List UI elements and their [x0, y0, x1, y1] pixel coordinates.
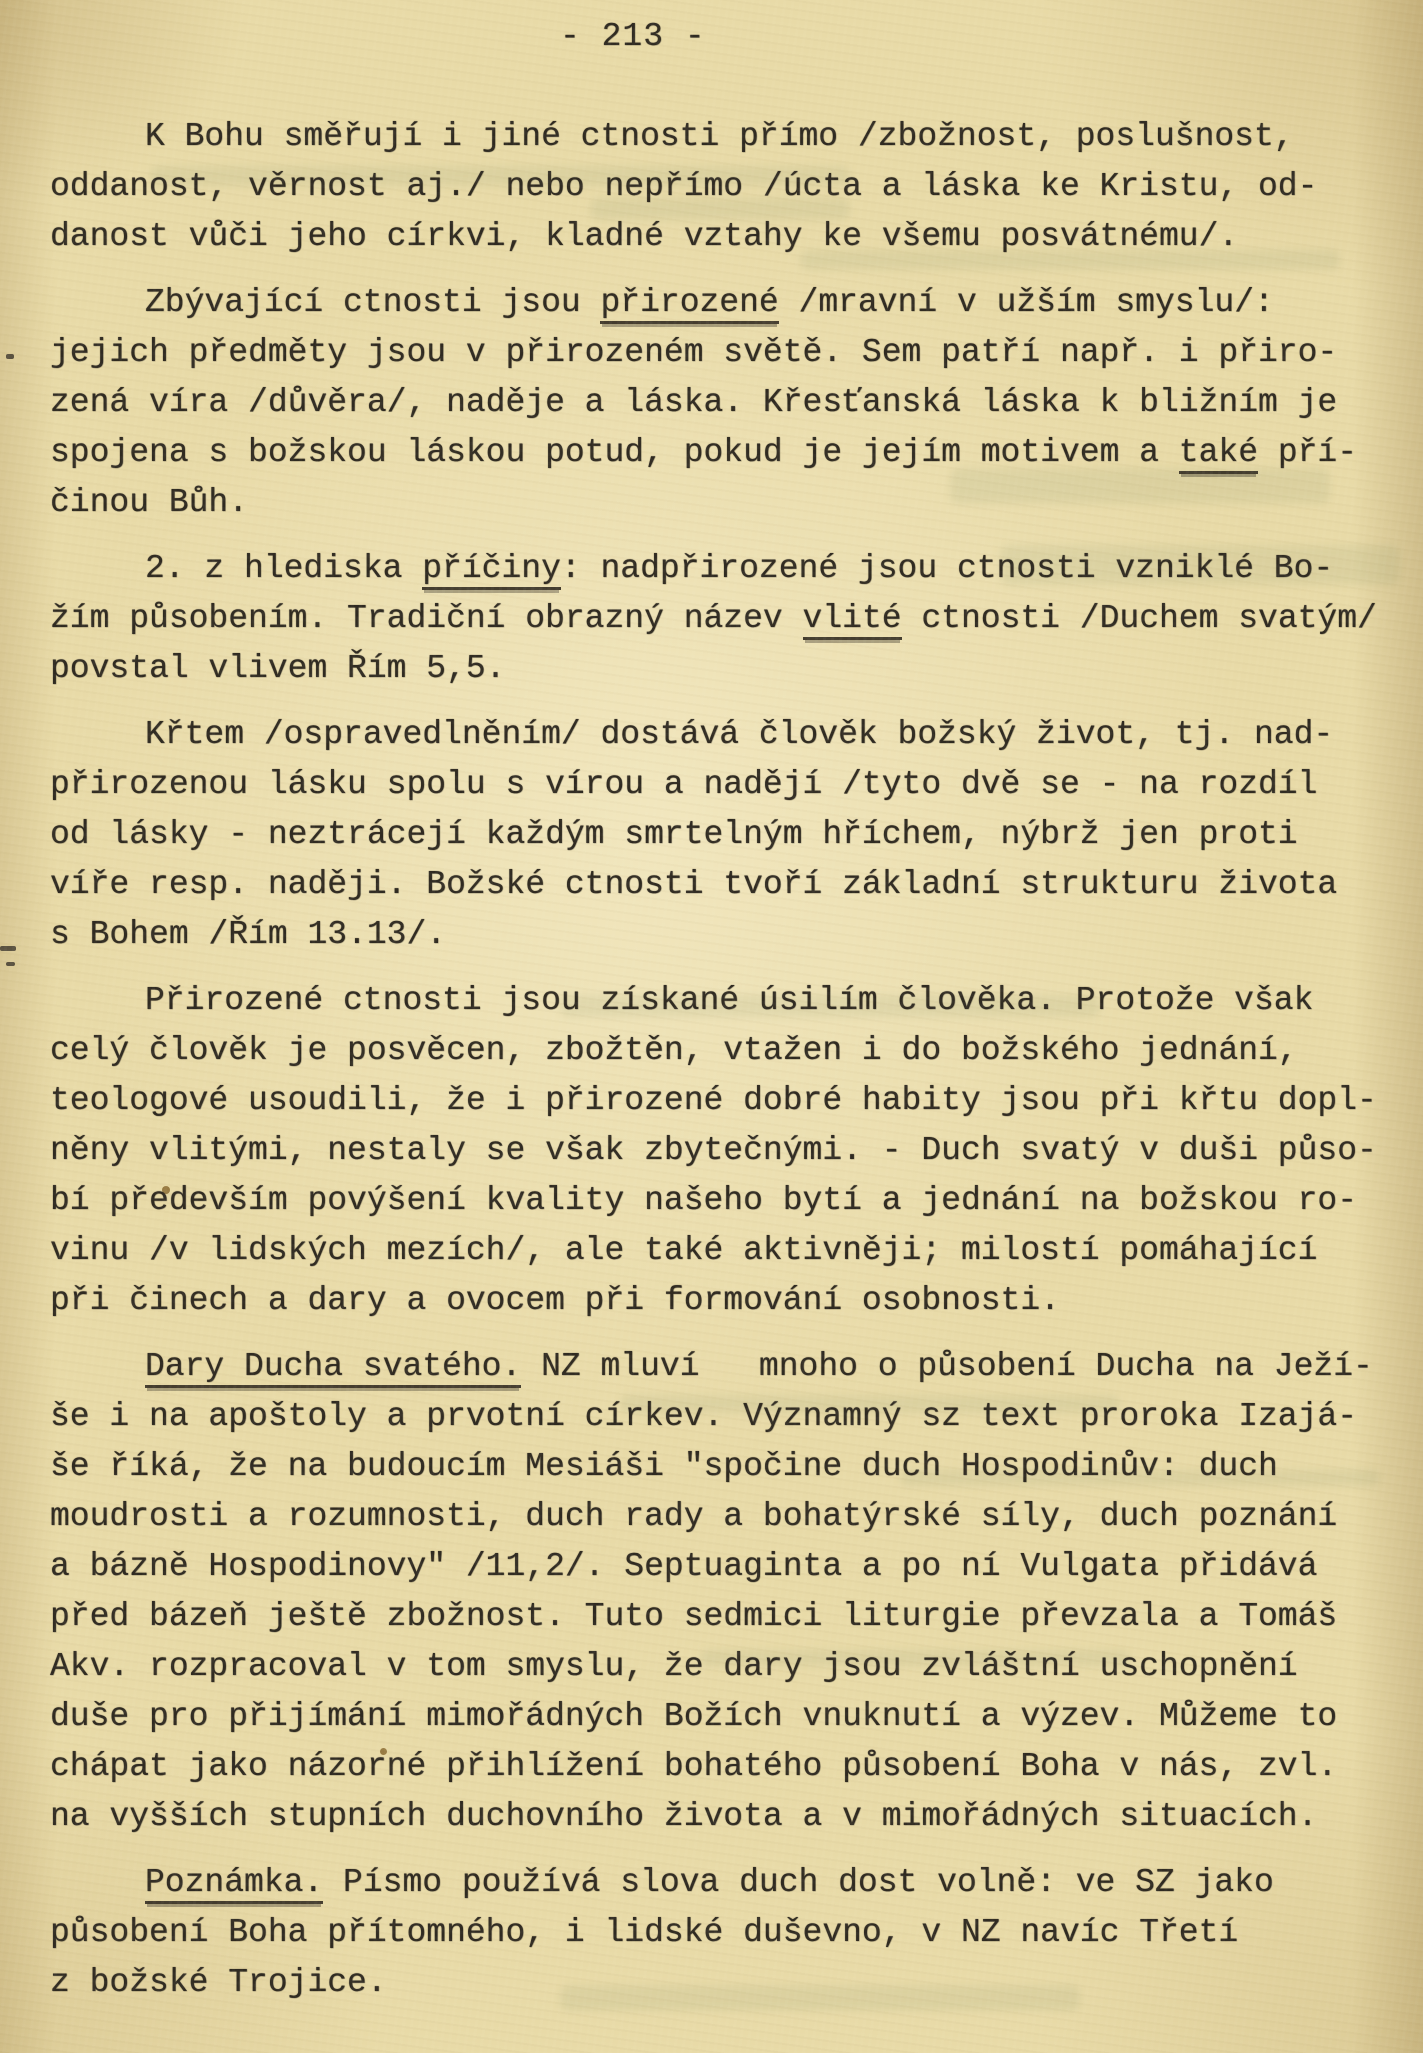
text-line: Dary Ducha svatého. NZ mluví mnoho o půs…: [50, 1342, 1409, 1392]
text-segment: oddanost, věrnost aj./ nebo nepřímo /úct…: [50, 168, 1317, 205]
text-segment: moudrosti a rozumnosti, duch rady a boha…: [50, 1498, 1337, 1535]
text-line: teologové usoudili, že i přirozené dobré…: [50, 1076, 1409, 1126]
text-segment: celý člověk je posvěcen, zbožtěn, vtažen…: [50, 1032, 1298, 1069]
text-segment: chápat jako názorné přihlížení bohatého …: [50, 1748, 1337, 1785]
text-segment: víře resp. naději. Božské ctnosti tvoří …: [50, 866, 1337, 903]
text-line: působení Boha přítomného, i lidské dušev…: [50, 1908, 1409, 1958]
text-line: Zbývající ctnosti jsou přirozené /mravní…: [50, 278, 1409, 328]
text-segment: jejich předměty jsou v přirozeném světě.…: [50, 334, 1337, 371]
text-line: duše pro přijímání mimořádných Božích vn…: [50, 1692, 1409, 1742]
text-line: bí především povýšení kvality našeho byt…: [50, 1176, 1409, 1226]
text-line: oddanost, věrnost aj./ nebo nepřímo /úct…: [50, 162, 1409, 212]
text-line: še říká, že na budoucím Mesiáši "spočine…: [50, 1442, 1409, 1492]
scan-speck: [6, 354, 14, 359]
text-line: danost vůči jeho církvi, kladné vztahy k…: [50, 212, 1409, 262]
text-line: Křtem /ospravedlněním/ dostává člověk bo…: [50, 710, 1409, 760]
text-segment: a bázně Hospodinovy" /11,2/. Septuaginta…: [50, 1548, 1317, 1585]
text-segment: před bázeň ještě zbožnost. Tuto sedmici …: [50, 1598, 1337, 1635]
underlined-text: vlité: [803, 600, 902, 640]
text-line: při činech a dary a ovocem při formování…: [50, 1276, 1409, 1326]
paragraph: 2. z hlediska příčiny: nadpřirozené jsou…: [50, 544, 1409, 694]
text-line: chápat jako názorné přihlížení bohatého …: [50, 1742, 1409, 1792]
text-line: činou Bůh.: [50, 478, 1409, 528]
text-segment: Křtem /ospravedlněním/ dostává člověk bo…: [145, 716, 1333, 753]
text-segment: povstal vlivem Řím 5,5.: [50, 650, 505, 687]
paragraph: K Bohu směřují i jiné ctnosti přímo /zbo…: [50, 112, 1409, 262]
text-line: z božské Trojice.: [50, 1958, 1409, 2008]
text-segment: danost vůči jeho církvi, kladné vztahy k…: [50, 218, 1238, 255]
text-segment: NZ mluví mnoho o působení Ducha na Ježí-: [521, 1348, 1373, 1385]
underlined-text: Poznámka.: [145, 1864, 323, 1904]
text-segment: spojena s božskou láskou potud, pokud je…: [50, 434, 1179, 471]
text-segment: působení Boha přítomného, i lidské dušev…: [50, 1914, 1238, 1951]
underlined-text: také: [1179, 434, 1258, 474]
paragraph: Zbývající ctnosti jsou přirozené /mravní…: [50, 278, 1409, 528]
text-segment: při činech a dary a ovocem při formování…: [50, 1282, 1060, 1319]
text-segment: : nadpřirozené jsou ctnosti vzniklé Bo-: [561, 550, 1333, 587]
text-block: K Bohu směřují i jiné ctnosti přímo /zbo…: [50, 112, 1409, 2008]
text-line: povstal vlivem Řím 5,5.: [50, 644, 1409, 694]
underlined-text: Dary Ducha svatého.: [145, 1348, 521, 1388]
text-segment: zená víra /důvěra/, naděje a láska. Křes…: [50, 384, 1337, 421]
text-segment: duše pro přijímání mimořádných Božích vn…: [50, 1698, 1337, 1735]
paragraph: Poznámka. Písmo používá slova duch dost …: [50, 1858, 1409, 2008]
text-line: Poznámka. Písmo používá slova duch dost …: [50, 1858, 1409, 1908]
text-segment: še i na apoštoly a prvotní církev. Význa…: [50, 1398, 1357, 1435]
text-segment: činou Bůh.: [50, 484, 248, 521]
text-line: vinu /v lidských mezích/, ale také aktiv…: [50, 1226, 1409, 1276]
text-segment: od lásky - neztrácejí každým smrtelným h…: [50, 816, 1298, 853]
underlined-text: přirozené: [600, 284, 778, 324]
text-segment: Zbývající ctnosti jsou: [145, 284, 600, 321]
text-line: zená víra /důvěra/, naděje a láska. Křes…: [50, 378, 1409, 428]
text-segment: přirozenou lásku spolu s vírou a nadějí …: [50, 766, 1317, 803]
text-line: žím působením. Tradiční obrazný název vl…: [50, 594, 1409, 644]
text-segment: z božské Trojice.: [50, 1964, 387, 2001]
text-line: přirozenou lásku spolu s vírou a nadějí …: [50, 760, 1409, 810]
text-line: Akv. rozpracoval v tom smyslu, že dary j…: [50, 1642, 1409, 1692]
text-segment: Přirozené ctnosti jsou získané úsilím čl…: [145, 982, 1313, 1019]
text-segment: K Bohu směřují i jiné ctnosti přímo /zbo…: [145, 118, 1294, 155]
paragraph: Křtem /ospravedlněním/ dostává člověk bo…: [50, 710, 1409, 960]
text-line: a bázně Hospodinovy" /11,2/. Septuaginta…: [50, 1542, 1409, 1592]
text-line: před bázeň ještě zbožnost. Tuto sedmici …: [50, 1592, 1409, 1642]
text-segment: žím působením. Tradiční obrazný název: [50, 600, 803, 637]
paragraph: Přirozené ctnosti jsou získané úsilím čl…: [50, 976, 1409, 1326]
text-line: víře resp. naději. Božské ctnosti tvoří …: [50, 860, 1409, 910]
text-segment: še říká, že na budoucím Mesiáši "spočine…: [50, 1448, 1278, 1485]
text-line: celý člověk je posvěcen, zbožtěn, vtažen…: [50, 1026, 1409, 1076]
text-line: od lásky - neztrácejí každým smrtelným h…: [50, 810, 1409, 860]
text-segment: Akv. rozpracoval v tom smyslu, že dary j…: [50, 1648, 1298, 1685]
underlined-text: příčiny: [422, 550, 561, 590]
page-number: - 213 -: [560, 12, 706, 62]
text-line: 2. z hlediska příčiny: nadpřirozené jsou…: [50, 544, 1409, 594]
text-segment: /mravní v užším smyslu/:: [779, 284, 1274, 321]
text-line: něny vlitými, nestaly se však zbytečnými…: [50, 1126, 1409, 1176]
scanned-document-page: - 213 - K Bohu směřují i jiné ctnosti př…: [0, 0, 1423, 2053]
text-segment: teologové usoudili, že i přirozené dobré…: [50, 1082, 1377, 1119]
text-line: K Bohu směřují i jiné ctnosti přímo /zbo…: [50, 112, 1409, 162]
text-line: še i na apoštoly a prvotní církev. Význa…: [50, 1392, 1409, 1442]
text-segment: na vyšších stupních duchovního života a …: [50, 1798, 1317, 1835]
text-segment: Písmo používá slova duch dost volně: ve …: [323, 1864, 1274, 1901]
scan-speck: [6, 962, 15, 966]
text-line: moudrosti a rozumnosti, duch rady a boha…: [50, 1492, 1409, 1542]
text-segment: bí především povýšení kvality našeho byt…: [50, 1182, 1357, 1219]
text-segment: vinu /v lidských mezích/, ale také aktiv…: [50, 1232, 1317, 1269]
text-line: na vyšších stupních duchovního života a …: [50, 1792, 1409, 1842]
text-line: s Bohem /Řím 13.13/.: [50, 910, 1409, 960]
scan-speck: [0, 946, 16, 951]
text-segment: s Bohem /Řím 13.13/.: [50, 916, 446, 953]
text-line: jejich předměty jsou v přirozeném světě.…: [50, 328, 1409, 378]
text-segment: ctnosti /Duchem svatým/: [902, 600, 1377, 637]
paragraph: Dary Ducha svatého. NZ mluví mnoho o půs…: [50, 1342, 1409, 1842]
text-line: spojena s božskou láskou potud, pokud je…: [50, 428, 1409, 478]
text-segment: 2. z hlediska: [145, 550, 422, 587]
text-line: Přirozené ctnosti jsou získané úsilím čl…: [50, 976, 1409, 1026]
text-segment: něny vlitými, nestaly se však zbytečnými…: [50, 1132, 1377, 1169]
text-segment: pří-: [1258, 434, 1357, 471]
